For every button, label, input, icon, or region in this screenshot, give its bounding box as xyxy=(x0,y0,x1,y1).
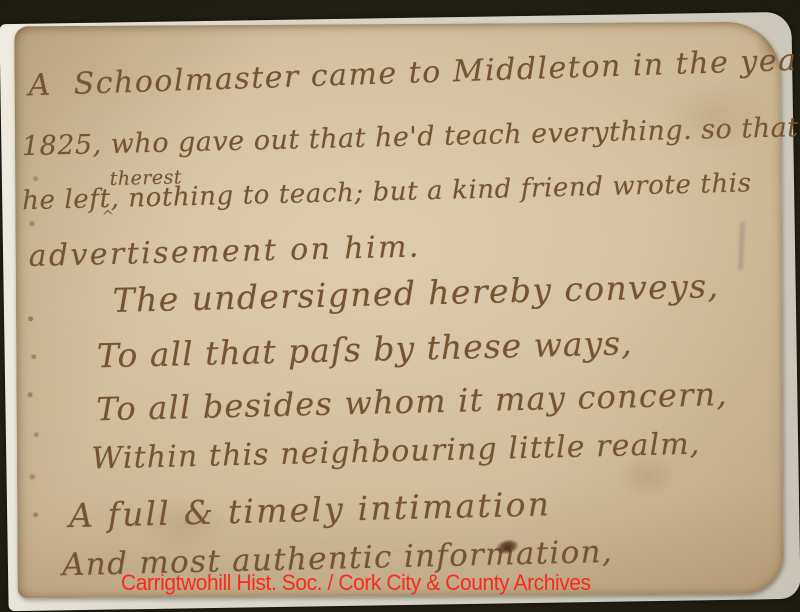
handwritten-line: Within this neighbouring little realm, xyxy=(91,427,701,477)
handwritten-line: To all that paſs by these ways, xyxy=(97,323,633,375)
interlinear-insertion: therest xyxy=(109,166,182,190)
edge-wear-spots xyxy=(28,316,33,321)
handwritten-line: To all besides whom it may concern, xyxy=(96,375,728,428)
caret-mark: ^ xyxy=(101,207,114,225)
paper-stain xyxy=(137,495,227,556)
handwritten-line: The undersigned hereby conveys, xyxy=(112,266,720,320)
manuscript-page: A Schoolmaster came to Middleton in the … xyxy=(14,22,783,599)
archive-photo: A Schoolmaster came to Middleton in the … xyxy=(0,0,800,612)
handwritten-line: advertisement on him. xyxy=(28,229,421,274)
archive-watermark: Carrigtwohill Hist. Soc. / Cork City & C… xyxy=(121,570,591,596)
paper-stain xyxy=(617,452,677,498)
paper-stain xyxy=(655,82,775,153)
